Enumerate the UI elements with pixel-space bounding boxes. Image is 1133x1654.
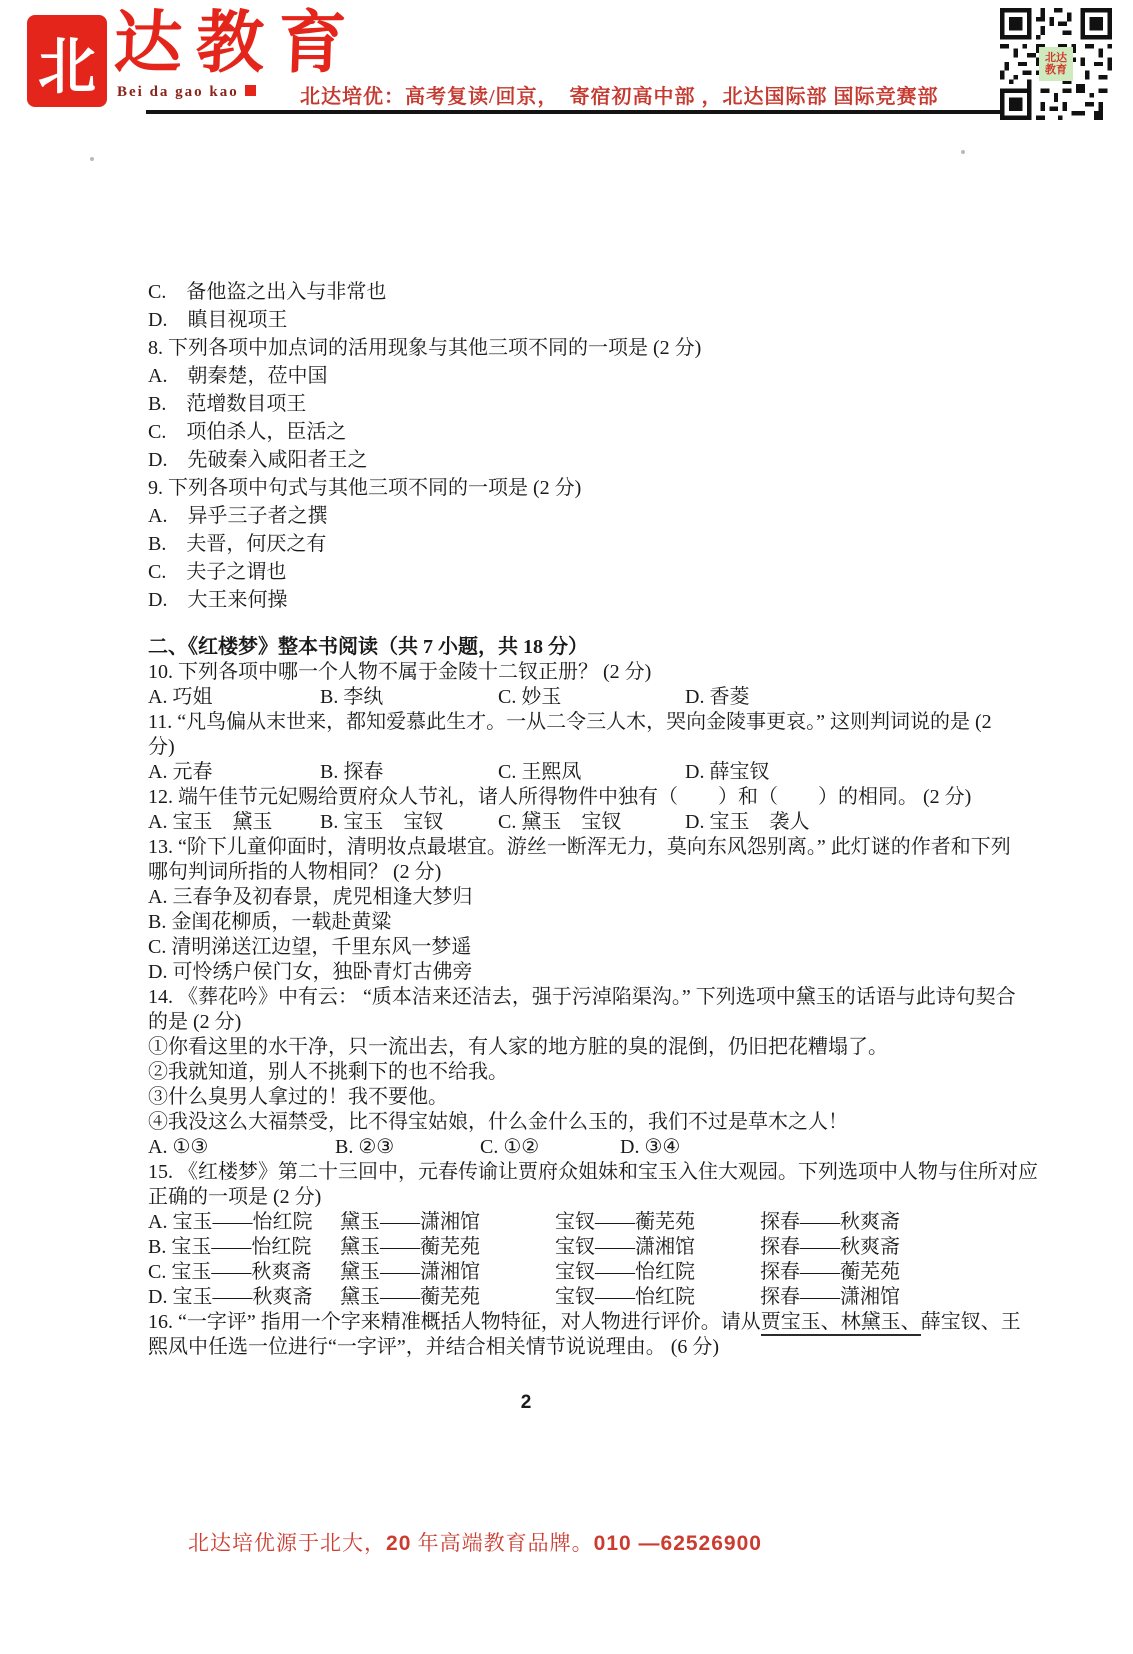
exam-line: 的是 (2 分): [148, 1010, 1010, 1035]
option-cell: D. 宝玉——秋爽斋: [148, 1285, 340, 1310]
option-cell: C. 宝玉——秋爽斋: [148, 1260, 340, 1285]
header-divider: [146, 110, 1063, 114]
exam-line: A. 异乎三子者之撰: [148, 502, 1010, 530]
option-cell: B. 宝玉——怡红院: [148, 1235, 340, 1260]
option-cell: 宝钗——怡红院: [555, 1285, 760, 1310]
exam-line: A. ①③B. ②③C. ①②D. ③④: [148, 1135, 1010, 1160]
footer-note: 北达培优源于北大，20 年高端教育品牌。010 —62526900: [0, 1527, 950, 1557]
exam-line: 12. 端午佳节元妃赐给贾府众人节礼，诸人所得物件中独有（ ）和（ ）的相同。 …: [148, 785, 1010, 810]
option-cell: 黛玉——蘅芜苑: [340, 1285, 555, 1310]
option-cell: 黛玉——潇湘馆: [340, 1210, 555, 1235]
brand-square-icon: [245, 85, 256, 96]
option-cell: C. 黛玉 宝钗: [498, 810, 685, 835]
qr-center-label-line1: 北达: [1045, 52, 1067, 64]
option-cell: 探春——秋爽斋: [760, 1235, 900, 1260]
option-cell: A. 宝玉 黛玉: [148, 810, 320, 835]
exam-body: C. 备他盗之出入与非常也D. 瞋目视项王8. 下列各项中加点词的活用现象与其他…: [148, 278, 1010, 1360]
exam-page: 北 达教育 Bei da gao kao 北达培优：高考复读/回京， 寄宿初高中…: [0, 0, 1133, 1654]
exam-line: 正确的一项是 (2 分): [148, 1185, 1010, 1210]
option-cell: B. 探春: [320, 760, 498, 785]
footer-segment: 北达培优源于北大，: [188, 1531, 386, 1555]
exam-line: 熙凤中任选一位进行“一字评”，并结合相关情节说说理由。 (6 分): [148, 1335, 1010, 1360]
exam-line: 11. “凡鸟偏从末世来，都知爱慕此生才。一从二令三人木，哭向金陵事更哀。” 这…: [148, 710, 1010, 735]
exam-line: C. 夫子之谓也: [148, 558, 1010, 586]
exam-line: ④我没这么大福禁受，比不得宝姑娘，什么金什么玉的，我们不过是草木之人！: [148, 1110, 1010, 1135]
logo-seal-character: 北: [38, 17, 96, 105]
exam-line: C. 备他盗之出入与非常也: [148, 278, 1010, 306]
exam-line: B. 范增数目项王: [148, 390, 1010, 418]
scan-speck: [961, 150, 965, 154]
exam-line: 16. “一字评” 指用一个字来精准概括人物特征，对人物进行评价。请从贾宝玉、林…: [148, 1310, 1010, 1335]
option-cell: D. 香菱: [685, 685, 749, 710]
exam-line: ①你看这里的水干净，只一流出去，有人家的地方脏的臭的混倒，仍旧把花糟塌了。: [148, 1035, 1010, 1060]
exam-line: D. 大王来何操: [148, 586, 1010, 614]
exam-line: A. 宝玉——怡红院黛玉——潇湘馆宝钗——蘅芜苑探春——秋爽斋: [148, 1210, 1010, 1235]
page-number: 2: [466, 1392, 586, 1414]
text-segment: 薛宝钗、王: [921, 1311, 1021, 1333]
option-cell: 探春——潇湘馆: [760, 1285, 900, 1310]
exam-line: 9. 下列各项中句式与其他三项不同的一项是 (2 分): [148, 474, 1010, 502]
exam-line: D. 可怜绣户侯门女，独卧青灯古佛旁: [148, 960, 1010, 985]
exam-line: C. 项伯杀人，臣活之: [148, 418, 1010, 446]
exam-line: A. 朝秦楚，莅中国: [148, 362, 1010, 390]
qr-center-label-line2: 教育: [1045, 64, 1067, 76]
option-cell: A. 巧姐: [148, 685, 320, 710]
option-cell: 宝钗——怡红院: [555, 1260, 760, 1285]
brand-subtitle-text: Bei da gao kao: [117, 84, 239, 100]
option-cell: D. 薛宝钗: [685, 760, 769, 785]
exam-line: A. 三春争及初春景，虎兕相逢大梦归: [148, 885, 1010, 910]
option-cell: B. ②③: [335, 1135, 480, 1160]
brand-title: 达教育: [112, 0, 361, 86]
exam-line: A. 巧姐B. 李纨C. 妙玉D. 香菱: [148, 685, 1010, 710]
exam-line: C. 清明涕送江边望，千里东风一梦遥: [148, 935, 1010, 960]
option-cell: C. 妙玉: [498, 685, 685, 710]
exam-line: D. 先破秦入咸阳者王之: [148, 446, 1010, 474]
header-slogan: 北达培优：高考复读/回京， 寄宿初高中部 ，北达国际部 国际竞赛部: [300, 80, 939, 109]
option-cell: B. 宝玉 宝钗: [320, 810, 498, 835]
text-segment: 16. “一字评” 指用一个字来精准概括人物特征，对人物进行评价。请从: [148, 1311, 761, 1333]
exam-line: 10. 下列各项中哪一个人物不属于金陵十二钗正册？ (2 分): [148, 660, 1010, 685]
exam-line: D. 瞋目视项王: [148, 306, 1010, 334]
exam-line: B. 金闺花柳质，一载赴黄粱: [148, 910, 1010, 935]
option-cell: 黛玉——潇湘馆: [340, 1260, 555, 1285]
exam-line: B. 夫晋，何厌之有: [148, 530, 1010, 558]
option-cell: C. ①②: [480, 1135, 620, 1160]
exam-line: B. 宝玉——怡红院黛玉——蘅芜苑宝钗——潇湘馆探春——秋爽斋: [148, 1235, 1010, 1260]
exam-line: D. 宝玉——秋爽斋黛玉——蘅芜苑宝钗——怡红院探春——潇湘馆: [148, 1285, 1010, 1310]
option-cell: 探春——秋爽斋: [760, 1210, 900, 1235]
exam-line: 二、《红楼梦》整本书阅读（共 7 小题，共 18 分）: [148, 634, 1010, 660]
scan-speck: [90, 157, 94, 161]
option-cell: A. 宝玉——怡红院: [148, 1210, 340, 1235]
option-cell: 黛玉——蘅芜苑: [340, 1235, 555, 1260]
option-cell: 宝钗——潇湘馆: [555, 1235, 760, 1260]
option-cell: A. 元春: [148, 760, 320, 785]
option-cell: D. ③④: [620, 1135, 680, 1160]
option-cell: D. 宝玉 袭人: [685, 810, 809, 835]
footer-segment: 年高端教育品牌。: [411, 1531, 593, 1555]
exam-line: A. 宝玉 黛玉B. 宝玉 宝钗C. 黛玉 宝钗D. 宝玉 袭人: [148, 810, 1010, 835]
logo-seal: 北: [28, 16, 106, 106]
underlined-text: 贾宝玉、林黛玉、: [761, 1311, 921, 1336]
exam-line: C. 宝玉——秋爽斋黛玉——潇湘馆宝钗——怡红院探春——蘅芜苑: [148, 1260, 1010, 1285]
qr-center-label: 北达 教育: [1039, 47, 1073, 81]
exam-line: A. 元春B. 探春C. 王熙凤D. 薛宝钗: [148, 760, 1010, 785]
exam-line: 8. 下列各项中加点词的活用现象与其他三项不同的一项是 (2 分): [148, 334, 1010, 362]
option-cell: 探春——蘅芜苑: [760, 1260, 900, 1285]
exam-line: 15. 《红楼梦》第二十三回中，元春传谕让贾府众姐妹和宝玉入住大观园。下列选项中…: [148, 1160, 1010, 1185]
option-cell: C. 王熙凤: [498, 760, 685, 785]
brand-subtitle: Bei da gao kao: [117, 84, 256, 101]
exam-line: 14. 《葬花吟》中有云： “质本洁来还洁去，强于污淖陷渠沟。” 下列选项中黛玉…: [148, 985, 1010, 1010]
exam-line: 13. “阶下儿童仰面时，清明妆点最堪宜。游丝一断浑无力，莫向东风怨别离。” 此…: [148, 835, 1010, 860]
exam-lines: C. 备他盗之出入与非常也D. 瞋目视项王8. 下列各项中加点词的活用现象与其他…: [148, 278, 1010, 1360]
option-cell: 宝钗——蘅芜苑: [555, 1210, 760, 1235]
exam-line: 哪句判词所指的人物相同？ (2 分): [148, 860, 1010, 885]
qr-code-icon: 北达 教育: [1000, 8, 1112, 120]
exam-line: ③什么臭男人拿过的！我不要他。: [148, 1085, 1010, 1110]
exam-line: ②我就知道，别人不挑剩下的也不给我。: [148, 1060, 1010, 1085]
footer-segment: 010 —62526900: [594, 1532, 762, 1555]
option-cell: A. ①③: [148, 1135, 335, 1160]
option-cell: B. 李纨: [320, 685, 498, 710]
exam-line: 分): [148, 735, 1010, 760]
footer-segment: 20: [386, 1532, 411, 1555]
